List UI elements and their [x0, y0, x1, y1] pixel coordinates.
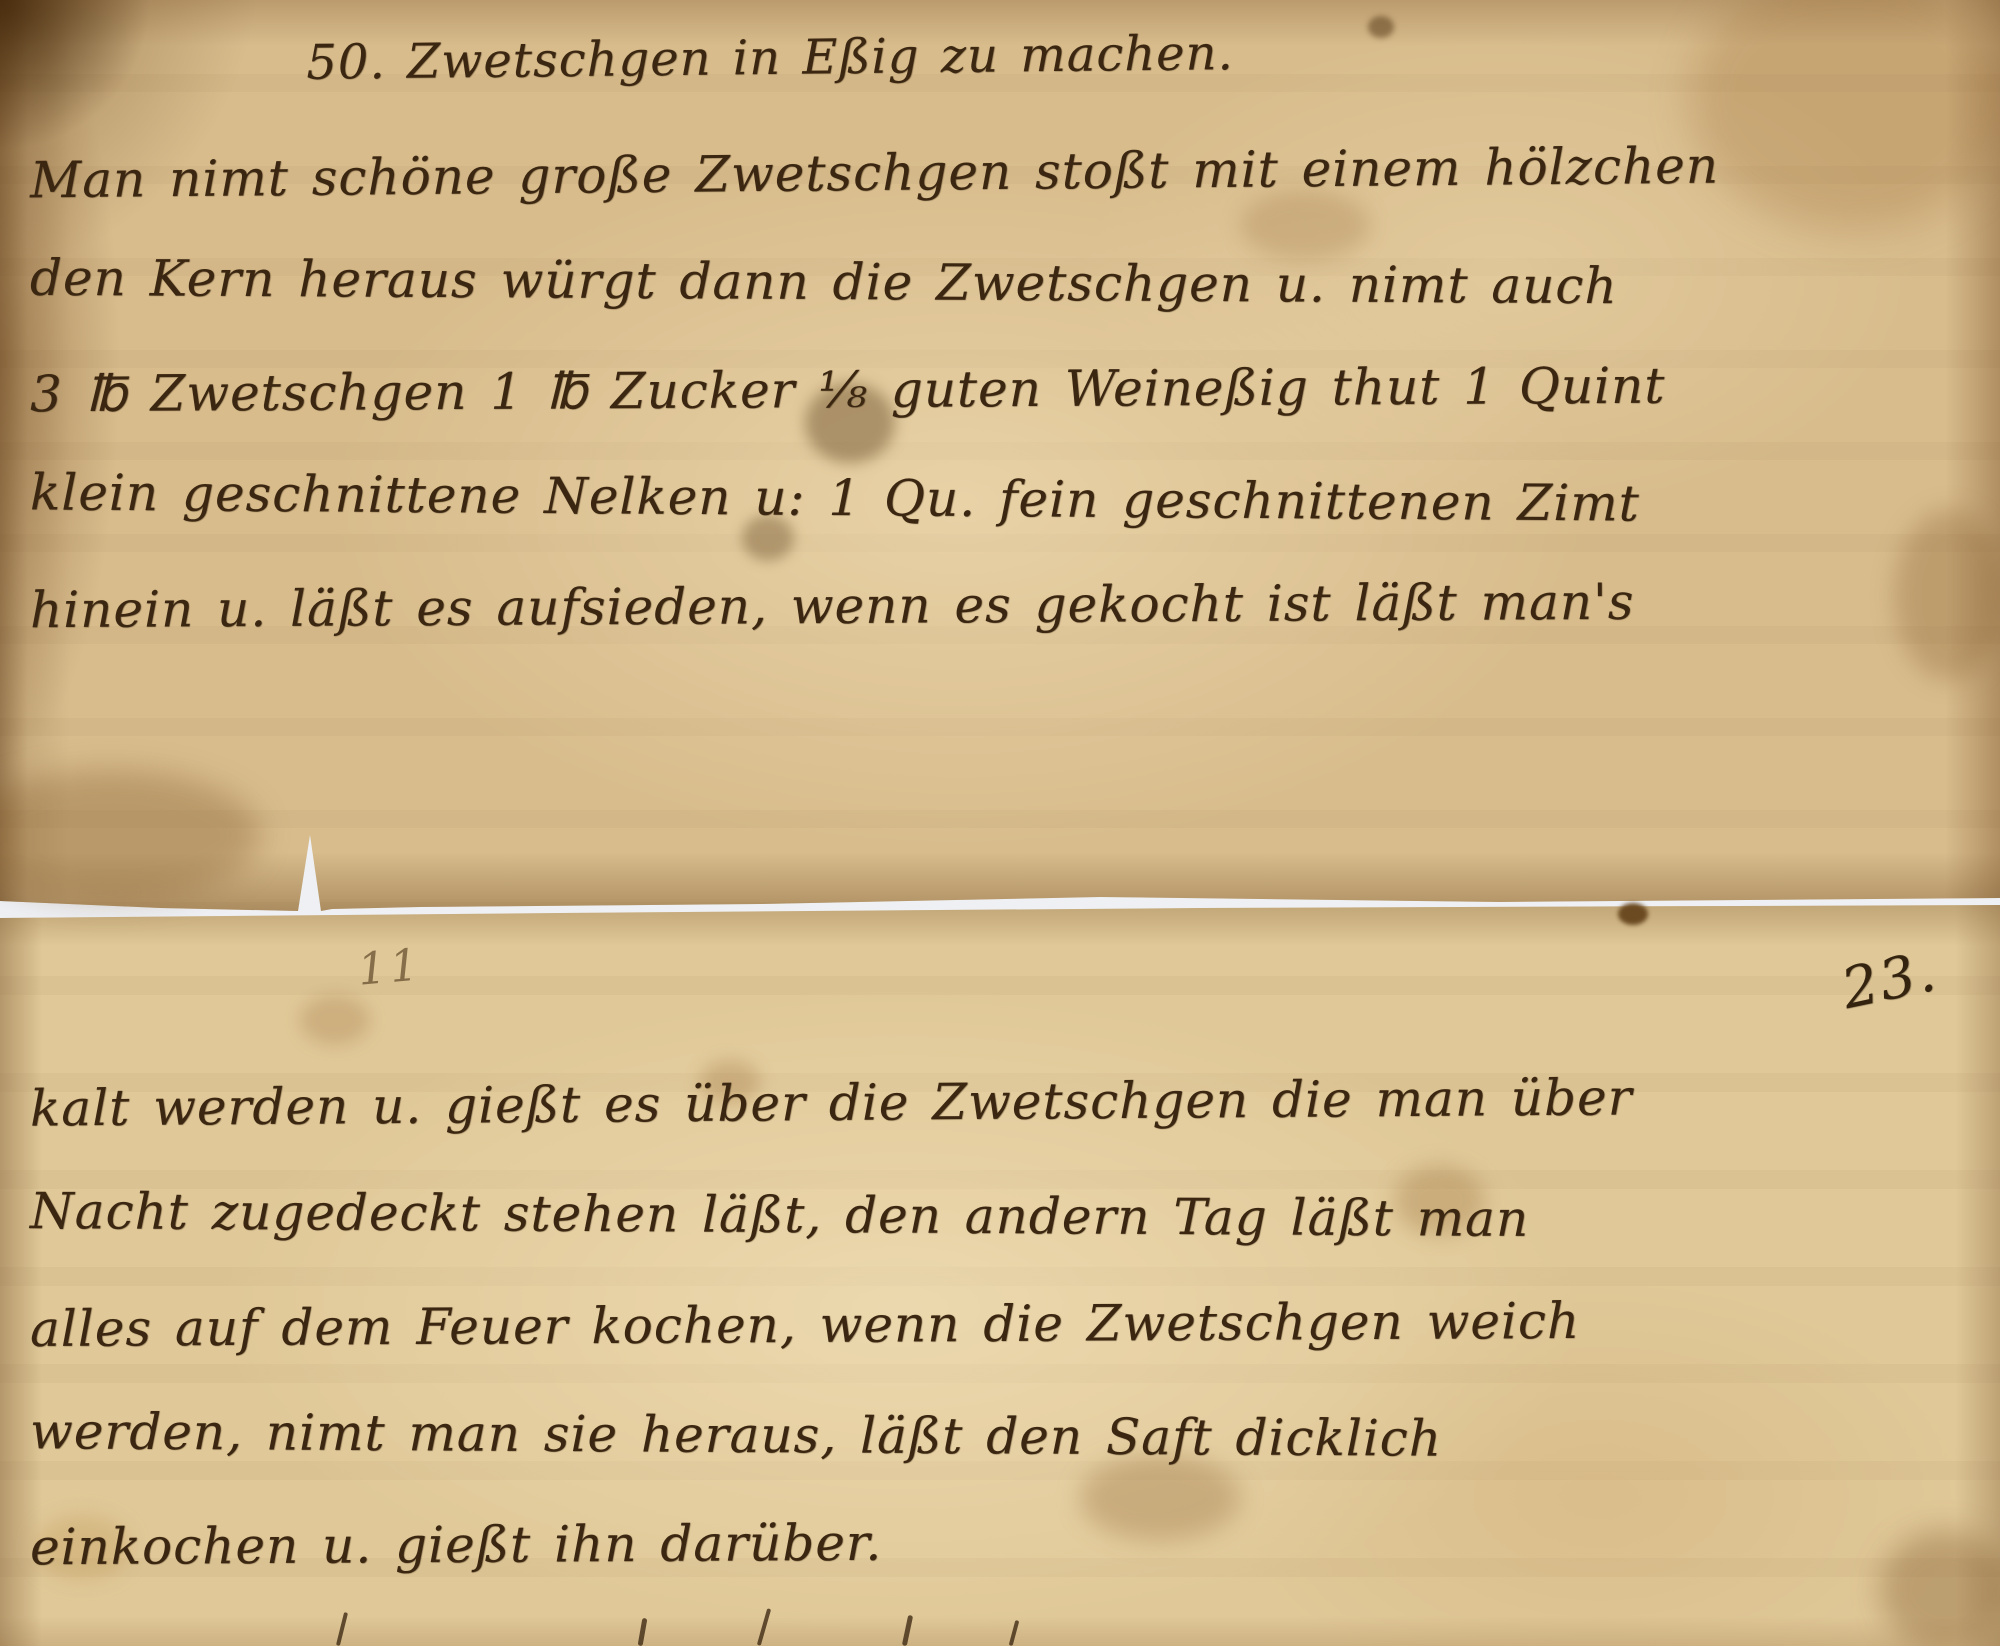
manuscript-line: kalt werden u. gießt es über die Zwetsch…	[30, 1067, 1633, 1138]
manuscript-line: klein geschnittene Nelken u: 1 Qu. fein …	[30, 462, 1640, 533]
manuscript-line: 3 ℔ Zwetschgen 1 ℔ Zucker ⅛ guten Weineß…	[30, 356, 1666, 425]
manuscript-line: alles auf dem Feuer kochen, wenn die Zwe…	[30, 1291, 1580, 1359]
manuscript-line: Nacht zugedeckt stehen läßt, den andern …	[30, 1181, 1529, 1249]
manuscript-line: den Kern heraus würgt dann die Zwetschge…	[30, 248, 1618, 316]
manuscript-line: werden, nimt man sie heraus, läßt den Sa…	[30, 1401, 1442, 1468]
margin-mark: 11	[356, 939, 424, 995]
manuscript-scan: 50. Zwetschgen in Eßig zu machen. Man ni…	[0, 0, 2000, 1646]
manuscript-line: einkochen u. gießt ihn darüber.	[30, 1513, 882, 1577]
manuscript-line: hinein u. läßt es aufsieden, wenn es gek…	[30, 572, 1635, 640]
ink-blot	[1618, 903, 1648, 925]
